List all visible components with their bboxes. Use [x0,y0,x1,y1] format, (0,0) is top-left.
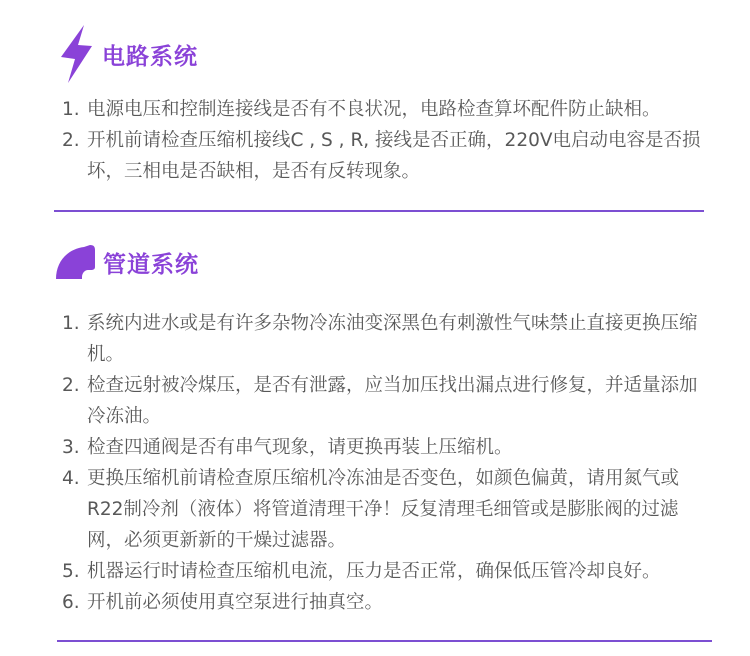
section-title: 电路系统 [102,38,198,71]
item-number: 1. [62,308,80,339]
list-item: 2. 开机前请检查压缩机接线C , S , R, 接线是否正确，220V电启动电… [62,125,712,187]
item-number: 1. [62,94,80,125]
list-item: 1. 电源电压和控制连接线是否有不良状况，电路检查算坏配件防止缺相。 [62,94,712,125]
item-text: 开机前必须使用真空泵进行抽真空。 [87,592,383,613]
item-text: 机器运行时请检查压缩机电流，压力是否正常，确保低压管冷却良好。 [87,561,661,582]
item-text: 检查远射被冷煤压，是否有泄露，应当加压找出漏点进行修复，并适量添加冷冻油。 [87,375,698,427]
pipe-elbow-icon [54,243,96,281]
circuit-checklist: 1. 电源电压和控制连接线是否有不良状况，电路检查算坏配件防止缺相。 2. 开机… [62,94,712,187]
list-item: 5. 机器运行时请检查压缩机电流，压力是否正常，确保低压管冷却良好。 [62,556,714,587]
item-number: 5. [62,556,80,587]
list-item: 2. 检查远射被冷煤压，是否有泄露，应当加压找出漏点进行修复，并适量添加冷冻油。 [62,370,714,432]
lightning-bolt-icon [58,24,94,84]
section-title: 管道系统 [103,246,199,279]
item-text: 检查四通阀是否有串气现象，请更换再装上压缩机。 [87,437,513,458]
section-divider [57,640,712,642]
item-text: 更换压缩机前请检查原压缩机冷冻油是否变色，如颜色偏黄，请用氮气或R22制冷剂（液… [87,468,679,551]
item-number: 3. [62,432,80,463]
item-text: 开机前请检查压缩机接线C , S , R, 接线是否正确，220V电启动电容是否… [87,130,701,182]
item-number: 4. [62,463,80,494]
pipe-checklist: 1. 系统内进水或是有许多杂物冷冻油变深黑色有刺激性气味禁止直接更换压缩机。 2… [62,308,714,618]
section-header-circuit: 电路系统 [58,24,198,84]
item-text: 电源电压和控制连接线是否有不良状况，电路检查算坏配件防止缺相。 [87,99,661,120]
list-item: 4. 更换压缩机前请检查原压缩机冷冻油是否变色，如颜色偏黄，请用氮气或R22制冷… [62,463,714,556]
section-header-pipe: 管道系统 [54,243,199,281]
section-divider [54,210,704,212]
item-number: 2. [62,370,80,401]
list-item: 6. 开机前必须使用真空泵进行抽真空。 [62,587,714,618]
item-number: 2. [62,125,80,156]
item-text: 系统内进水或是有许多杂物冷冻油变深黑色有刺激性气味禁止直接更换压缩机。 [87,313,698,365]
list-item: 1. 系统内进水或是有许多杂物冷冻油变深黑色有刺激性气味禁止直接更换压缩机。 [62,308,714,370]
list-item: 3. 检查四通阀是否有串气现象，请更换再装上压缩机。 [62,432,714,463]
item-number: 6. [62,587,80,618]
